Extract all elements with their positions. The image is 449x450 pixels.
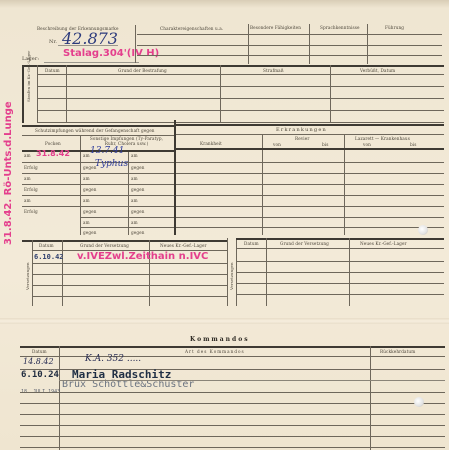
nr-label: Nr. [49, 39, 57, 45]
col-special-skills: Besondere Fähigkeiten [250, 25, 301, 30]
col-return-date: Rückkehrdatum [380, 349, 415, 354]
col-command-type: Art des Kommandos [185, 349, 245, 354]
punishments-top-rule [22, 65, 444, 67]
col-transfer-reason: Grund der Versetzung [80, 243, 129, 248]
col-new-camp: Neues Kr.-Gef.-Lager [160, 243, 207, 248]
col-languages: Sprachkenntnisse [320, 25, 360, 30]
col-pun-sentence: Strafmaß [263, 68, 284, 73]
col-command-date: Datum [32, 349, 47, 354]
col-infirmary: Revier [295, 136, 309, 141]
punishments-side-label: Strafen im Kr.-Gef.-Lager [26, 51, 31, 102]
col-character: Charaktereigenschaften u.a. [160, 26, 223, 31]
col-hospital: Lazarett — Krankenhaus [355, 136, 410, 141]
command-text-1: K.A. 352 ..... [85, 354, 141, 364]
command-date-2: 6.10.24 [21, 370, 59, 380]
punch-hole [418, 225, 428, 235]
card-fold [0, 318, 449, 324]
col-pun-served: Verbüßt, Datum [360, 68, 395, 73]
lager-stamp: Stalag.304'(IV H) [63, 48, 159, 59]
command-date-1: 14.8.42 [23, 357, 54, 366]
col-transfer-date: Datum [39, 243, 54, 248]
col-pun-date: Datum [45, 68, 60, 73]
lager-underline [44, 62, 139, 63]
smallpox-date: 31.8.42 [36, 149, 70, 158]
transfer-date: 6.10.42 [34, 253, 64, 261]
vaccinations-title: Schutzimpfungen während der Gefangenscha… [35, 128, 155, 133]
col-illness: Krankheit [200, 141, 222, 146]
nr-value: 42.873 [62, 29, 118, 48]
col-pun-reason: Grund der Bestrafung [118, 68, 167, 73]
other-vaccine-date: 13.7.41 [90, 146, 124, 156]
col-other-vaccines: Sonstige Impfungen (Ty-Paratyp, Ruhr, Ch… [84, 136, 169, 146]
punch-hole [414, 397, 424, 407]
col-smallpox: Pocken [45, 141, 61, 146]
illnesses-title: Erkrankungen [276, 127, 327, 133]
other-vaccine-type: Typhus [95, 159, 128, 169]
transfers-side-label: Versetzungen [25, 262, 30, 290]
col-conduct: Führung [385, 25, 404, 30]
commands-title: Kommandos [190, 336, 250, 343]
transfer-stamp: v.IVEZwl.Zeithain n.IVC [77, 251, 208, 262]
side-stamp-xray: 31.8.42. Rö-Unts.d.Lunge [3, 101, 14, 245]
header-divider [135, 25, 136, 63]
pow-record-card: Beschreibung der Erkennungsmarke Nr. 42.… [0, 0, 449, 450]
